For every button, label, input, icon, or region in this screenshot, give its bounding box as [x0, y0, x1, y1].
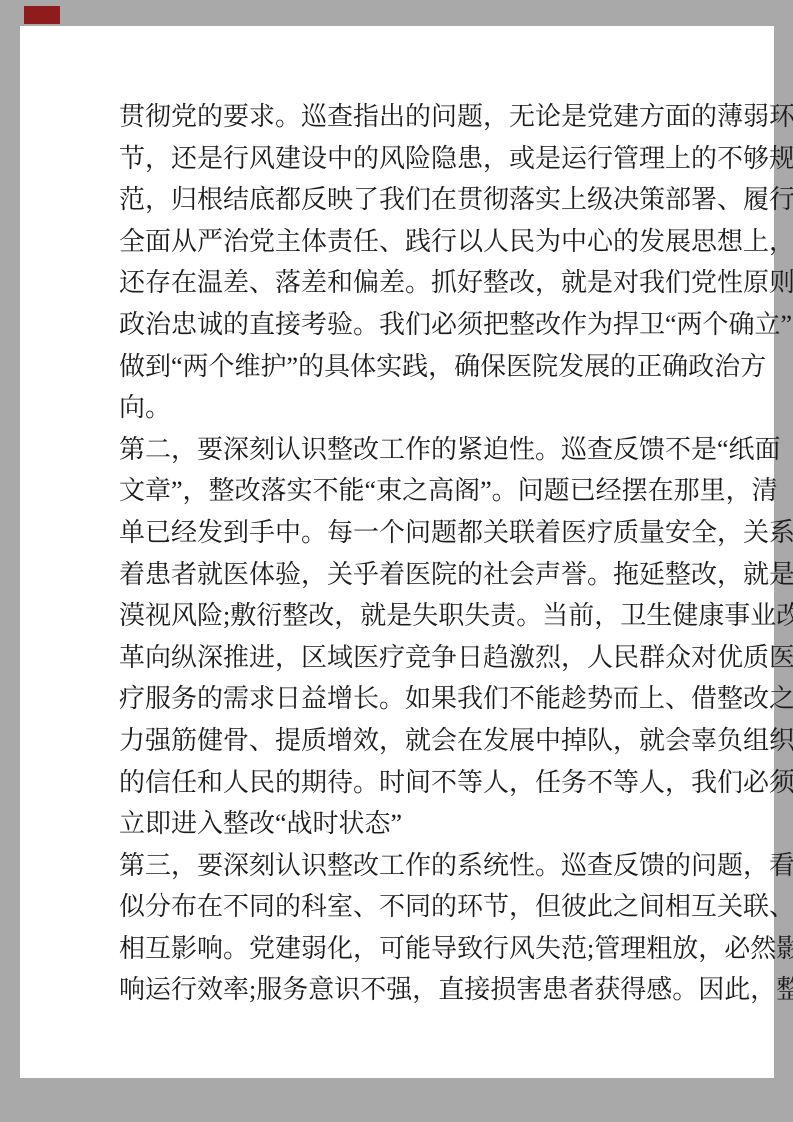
- text-line: 全面从严治党主体责任、践行以人民为中心的发展思想上，: [119, 221, 685, 263]
- text-line: 范，归根结底都反映了我们在贯彻落实上级决策部署、履行: [119, 179, 685, 221]
- text-line: 立即进入整改“战时状态”: [119, 803, 685, 845]
- text-line: 革向纵深推进，区域医疗竞争日趋激烈，人民群众对优质医: [119, 637, 685, 679]
- text-line: 相互影响。党建弱化，可能导致行风失范;管理粗放，必然影: [119, 928, 685, 970]
- text-line: 似分布在不同的科室、不同的环节，但彼此之间相互关联、: [119, 886, 685, 928]
- text-line: 第三，要深刻认识整改工作的系统性。巡查反馈的问题，看: [119, 845, 685, 887]
- text-line: 政治忠诚的直接考验。我们必须把整改作为捍卫“两个确立”、: [119, 304, 685, 346]
- corner-tag: [24, 6, 60, 24]
- document-viewer: 贯彻党的要求。巡查指出的问题，无论是党建方面的薄弱环节，还是行风建设中的风险隐患…: [0, 0, 793, 1122]
- text-line: 节，还是行风建设中的风险隐患，或是运行管理上的不够规: [119, 138, 685, 180]
- text-line: 疗服务的需求日益增长。如果我们不能趁势而上、借整改之: [119, 678, 685, 720]
- text-line: 还存在温差、落差和偏差。抓好整改，就是对我们党性原则、: [119, 262, 685, 304]
- document-page: 贯彻党的要求。巡查指出的问题，无论是党建方面的薄弱环节，还是行风建设中的风险隐患…: [20, 26, 774, 1078]
- text-line: 着患者就医体验，关乎着医院的社会声誉。拖延整改，就是: [119, 554, 685, 596]
- text-line: 力强筋健骨、提质增效，就会在发展中掉队，就会辜负组织: [119, 720, 685, 762]
- text-line: 文章”，整改落实不能“束之高阁”。问题已经摆在那里，清: [119, 470, 685, 512]
- text-line: 响运行效率;服务意识不强，直接损害患者获得感。因此，整: [119, 969, 685, 1011]
- text-line: 的信任和人民的期待。时间不等人，任务不等人，我们必须: [119, 762, 685, 804]
- viewer-background: { "viewer": { "background_color": "#a9a9…: [0, 0, 793, 1122]
- text-line: 贯彻党的要求。巡查指出的问题，无论是党建方面的薄弱环: [119, 96, 685, 138]
- text-line: 单已经发到手中。每一个问题都关联着医疗质量安全，关系: [119, 512, 685, 554]
- text-line: 做到“两个维护”的具体实践，确保医院发展的正确政治方: [119, 346, 685, 388]
- text-line: 向。: [119, 387, 685, 429]
- document-text: 贯彻党的要求。巡查指出的问题，无论是党建方面的薄弱环节，还是行风建设中的风险隐患…: [119, 96, 685, 1011]
- text-line: 第二，要深刻认识整改工作的紧迫性。巡查反馈不是“纸面: [119, 429, 685, 471]
- text-line: 漠视风险;敷衍整改，就是失职失责。当前，卫生健康事业改: [119, 595, 685, 637]
